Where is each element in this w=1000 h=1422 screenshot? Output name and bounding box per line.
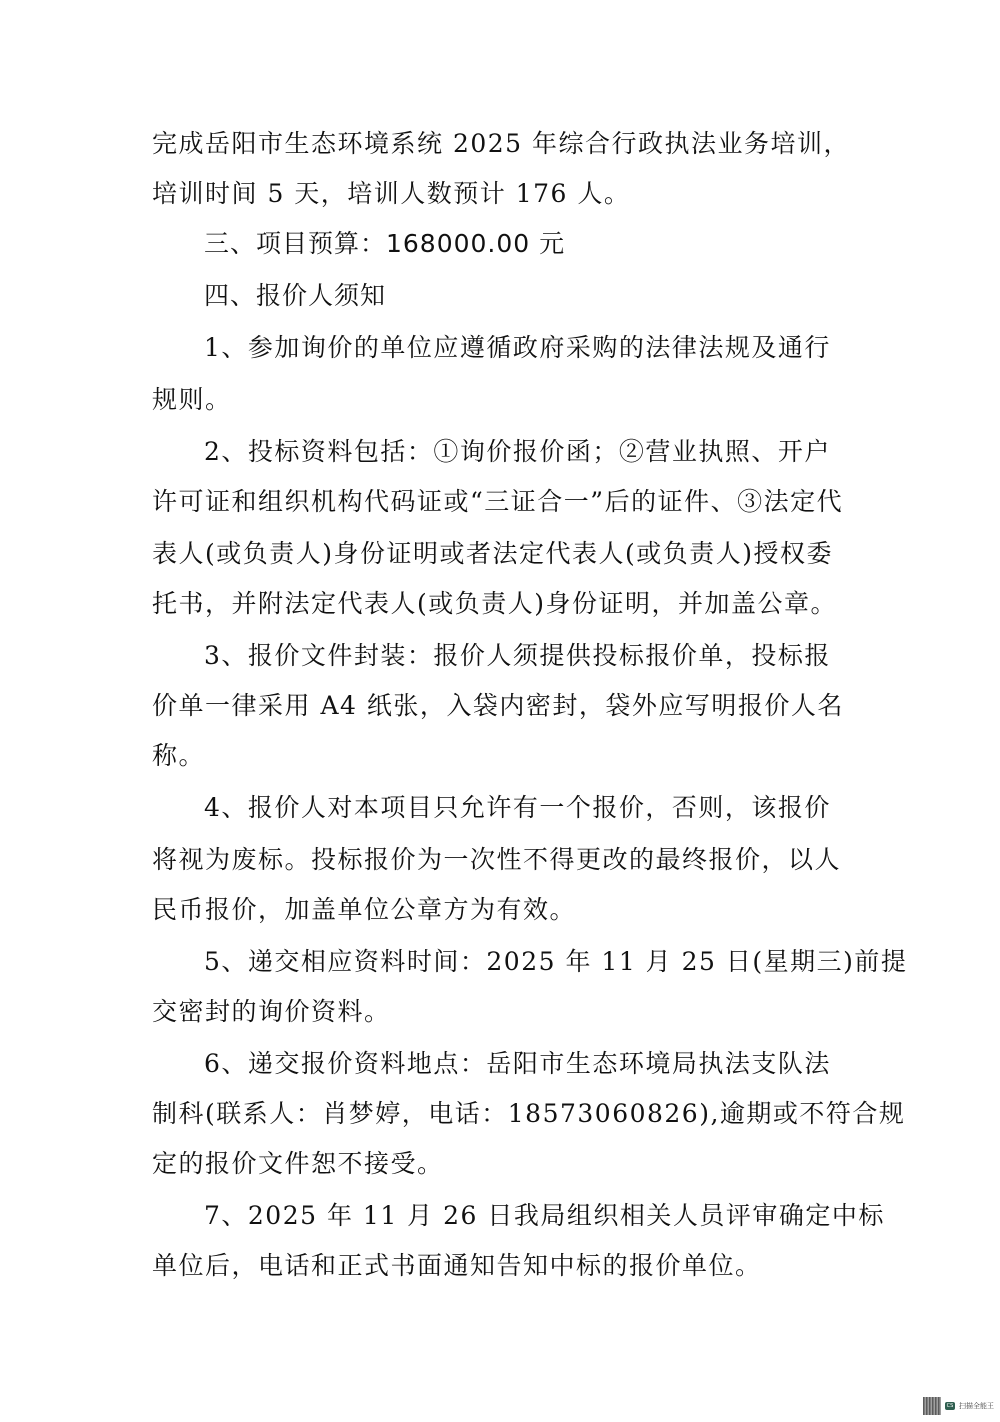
list-item-3-line: 价单一律采用 A4 纸张，入袋内密封，袋外应写明报价人名 [152, 690, 872, 722]
list-item-3-line: 称。 [152, 740, 872, 772]
watermark-label: 扫描全能王 [959, 1401, 994, 1411]
list-item-2-line: 托书，并附法定代表人(或负责人)身份证明，并加盖公章。 [152, 588, 872, 620]
list-item-4-line: 将视为废标。投标报价为一次性不得更改的最终报价，以人 [152, 844, 872, 876]
list-item-1-line: 1、参加询价的单位应遵循政府采购的法律法规及通行 [204, 332, 924, 364]
list-item-2-line: 2、投标资料包括：①询价报价函；②营业执照、开户 [204, 436, 924, 468]
document-page: 完成岳阳市生态环境系统 2025 年综合行政执法业务培训， 培训时间 5 天，培… [0, 0, 1000, 1422]
list-item-1-line: 规则。 [152, 384, 872, 416]
list-item-6-line: 定的报价文件恕不接受。 [152, 1148, 872, 1180]
list-item-6-line: 6、递交报价资料地点：岳阳市生态环境局执法支队法 [204, 1048, 924, 1080]
list-item-6-line: 制科(联系人：肖梦婷，电话：18573060826),逾期或不符合规 [152, 1098, 872, 1130]
list-item-7-line: 7、2025 年 11 月 26 日我局组织相关人员评审确定中标 [204, 1200, 924, 1232]
list-item-2-line: 表人(或负责人)身份证明或者法定代表人(或负责人)授权委 [152, 538, 872, 570]
section-heading-bidder-notice: 四、报价人须知 [204, 280, 924, 312]
list-item-4-line: 民币报价，加盖单位公章方为有效。 [152, 894, 872, 926]
scanner-watermark: CS 扫描全能王 [923, 1396, 994, 1416]
list-item-3-line: 3、报价文件封装：报价人须提供投标报价单，投标报 [204, 640, 924, 672]
list-item-4-line: 4、报价人对本项目只允许有一个报价，否则，该报价 [204, 792, 924, 824]
camscanner-logo-icon: CS [945, 1402, 955, 1410]
list-item-7-line: 单位后，电话和正式书面通知告知中标的报价单位。 [152, 1250, 872, 1282]
section-heading-budget: 三、项目预算：168000.00 元 [204, 228, 924, 260]
list-item-5-line: 交密封的询价资料。 [152, 996, 872, 1028]
list-item-5-line: 5、递交相应资料时间：2025 年 11 月 25 日(星期三)前提 [204, 946, 924, 978]
paragraph-line: 完成岳阳市生态环境系统 2025 年综合行政执法业务培训， [152, 128, 872, 160]
list-item-2-line: 许可证和组织机构代码证或“三证合一”后的证件、③法定代 [152, 486, 872, 518]
paragraph-line: 培训时间 5 天，培训人数预计 176 人。 [152, 178, 872, 210]
qr-code-icon [923, 1397, 941, 1415]
